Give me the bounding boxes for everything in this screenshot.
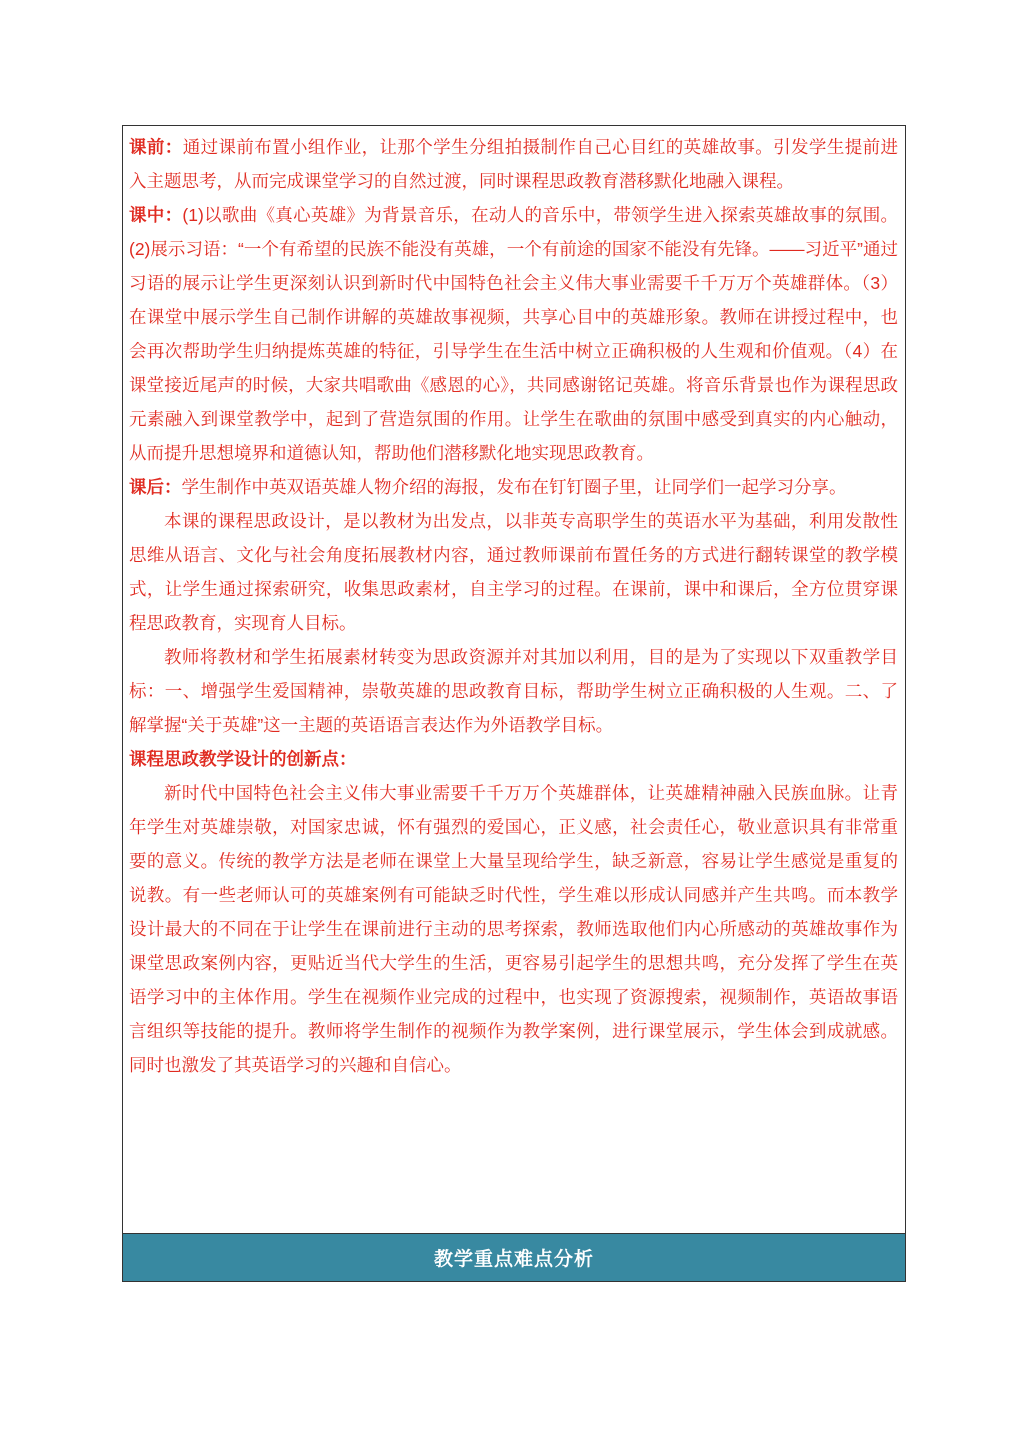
innovation-points-label: 课程思政教学设计的创新点：: [129, 749, 357, 769]
paragraph-teaching-goals: 教师将教材和学生拓展素材转变为思政资源并对其加以利用，目的是为了实现以下双重教学…: [129, 640, 898, 742]
innovation-detail-text: 新时代中国特色社会主义伟大事业需要千千万万个英雄群体，让英雄精神融入民族血脉。让…: [129, 783, 898, 1075]
teaching-goals-text: 教师将教材和学生拓展素材转变为思政资源并对其加以利用，目的是为了实现以下双重教学…: [129, 647, 898, 735]
section-header-title: 教学重点难点分析: [434, 1244, 594, 1271]
course-ideology-design-cell: 课前：通过课前布置小组作业，让那个学生分组拍摄制作自己心目红的英雄故事。引发学生…: [123, 126, 905, 1233]
after-class-label: 课后：: [129, 477, 182, 497]
in-class-label: 课中：: [129, 205, 182, 225]
lesson-design-table: 课前：通过课前布置小组作业，让那个学生分组拍摄制作自己心目红的英雄故事。引发学生…: [122, 125, 906, 1282]
in-class-text: (1)以歌曲《真心英雄》为背景音乐，在动人的音乐中，带领学生进入探索英雄故事的氛…: [129, 205, 898, 463]
design-overview-text: 本课的课程思政设计，是以教材为出发点，以非英专高职学生的英语水平为基础，利用发散…: [129, 511, 898, 633]
paragraph-innovation-detail: 新时代中国特色社会主义伟大事业需要千千万万个英雄群体，让英雄精神融入民族血脉。让…: [129, 776, 898, 1082]
document-page: 课前：通过课前布置小组作业，让那个学生分组拍摄制作自己心目红的英雄故事。引发学生…: [0, 0, 1024, 1448]
pre-class-text: 通过课前布置小组作业，让那个学生分组拍摄制作自己心目红的英雄故事。引发学生提前进…: [129, 137, 898, 191]
heading-innovation-points: 课程思政教学设计的创新点：: [129, 742, 898, 776]
paragraph-after-class: 课后：学生制作中英双语英雄人物介绍的海报，发布在钉钉圈子里，让同学们一起学习分享…: [129, 470, 898, 504]
paragraph-pre-class: 课前：通过课前布置小组作业，让那个学生分组拍摄制作自己心目红的英雄故事。引发学生…: [129, 130, 898, 198]
pre-class-label: 课前：: [129, 137, 183, 157]
after-class-text: 学生制作中英双语英雄人物介绍的海报，发布在钉钉圈子里，让同学们一起学习分享。: [182, 477, 847, 497]
paragraph-design-overview: 本课的课程思政设计，是以教材为出发点，以非英专高职学生的英语水平为基础，利用发散…: [129, 504, 898, 640]
paragraph-in-class: 课中：(1)以歌曲《真心英雄》为背景音乐，在动人的音乐中，带领学生进入探索英雄故…: [129, 198, 898, 470]
section-header-row: 教学重点难点分析: [123, 1233, 905, 1281]
